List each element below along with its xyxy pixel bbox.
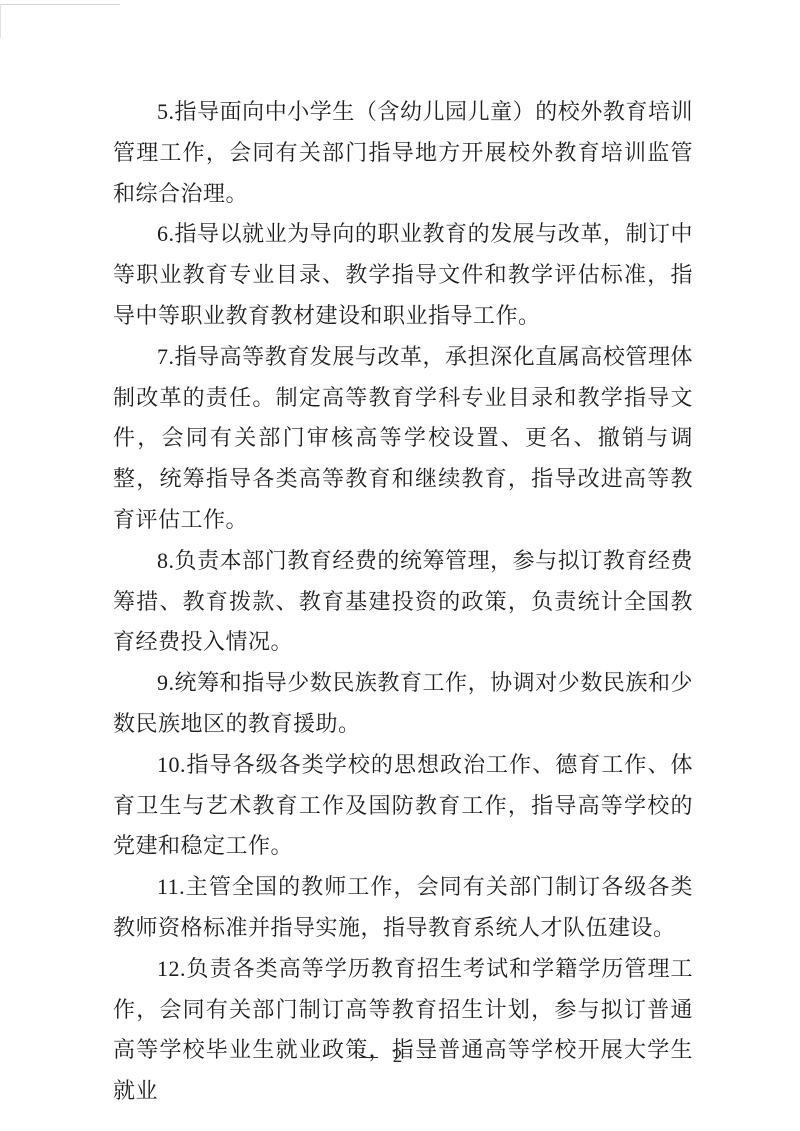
paragraph-item-9: 9.统筹和指导少数民族教育工作，协调对少数民族和少数民族地区的教育援助。 xyxy=(113,663,693,745)
paragraph-item-7: 7.指导高等教育发展与改革，承担深化直属高校管理体制改革的责任。制定高等教育学科… xyxy=(113,337,693,541)
paragraph-item-11: 11.主管全国的教师工作，会同有关部门制订各级各类教师资格标准并指导实施，指导教… xyxy=(113,867,693,949)
paragraph-item-10: 10.指导各级各类学校的思想政治工作、德育工作、体育卫生与艺术教育工作及国防教育… xyxy=(113,745,693,867)
paragraph-item-8: 8.负责本部门教育经费的统筹管理，参与拟订教育经费筹措、教育拨款、教育基建投资的… xyxy=(113,541,693,663)
paragraph-item-6: 6.指导以就业为导向的职业教育的发展与改革，制订中等职业教育专业目录、教学指导文… xyxy=(113,214,693,336)
paragraph-item-5: 5.指导面向中小学生（含幼儿园儿童）的校外教育培训管理工作，会同有关部门指导地方… xyxy=(113,92,693,214)
document-body: 5.指导面向中小学生（含幼儿园儿童）的校外教育培训管理工作，会同有关部门指导地方… xyxy=(113,92,693,1112)
document-page: 5.指导面向中小学生（含幼儿园儿童）的校外教育培训管理工作，会同有关部门指导地方… xyxy=(0,0,800,1131)
scan-artifact-left xyxy=(0,4,1,38)
scan-artifact-top xyxy=(0,4,120,5)
paragraph-item-12: 12.负责各类高等学历教育招生考试和学籍学历管理工作，会同有关部门制订高等教育招… xyxy=(113,949,693,1112)
page-number: — 2 — xyxy=(0,1046,800,1068)
